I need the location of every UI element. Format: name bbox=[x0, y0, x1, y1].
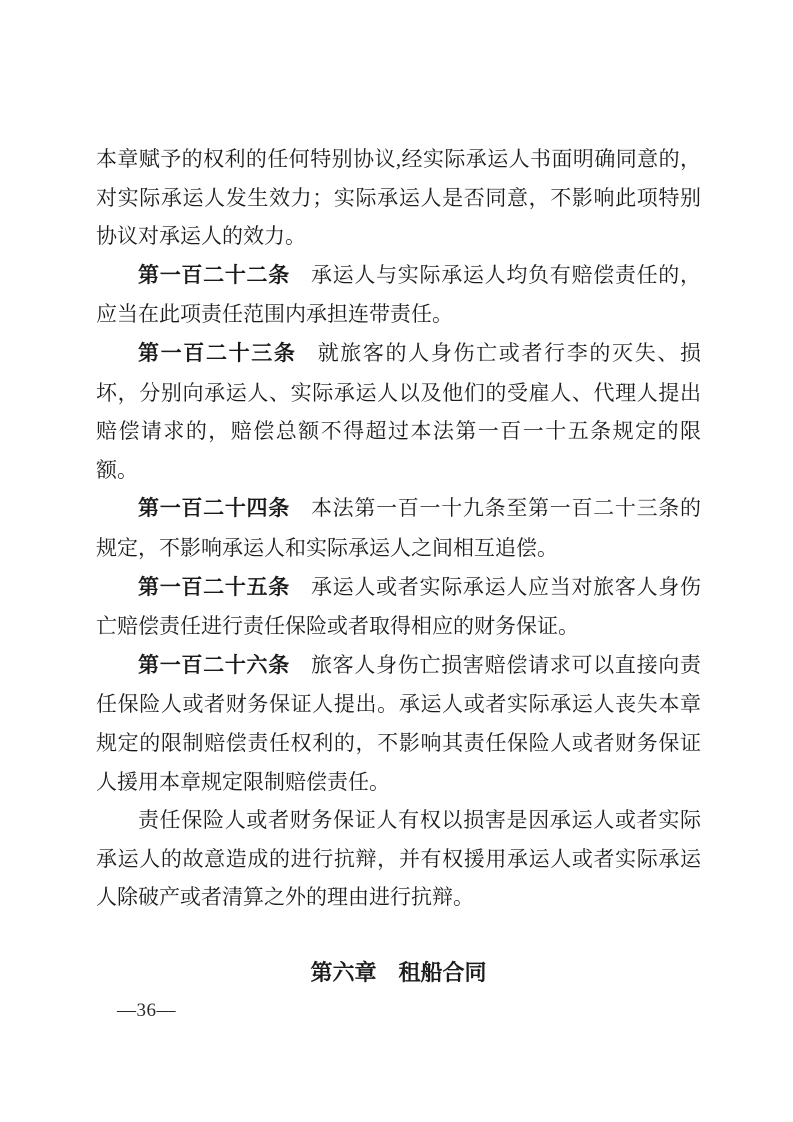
text-block: 本章赋予的权利的任何特别协议,经实际承运人书面明确同意的，对实际承运人发生效力；… bbox=[96, 140, 701, 992]
chapter-heading: 第六章 租船合同 bbox=[96, 954, 701, 993]
paragraph-article-125: 第一百二十五条承运人或者实际承运人应当对旅客人身伤亡赔偿责任进行责任保险或者取得… bbox=[96, 568, 701, 646]
paragraph-article-126: 第一百二十六条旅客人身伤亡损害赔偿请求可以直接向责任保险人或者财务保证人提出。承… bbox=[96, 646, 701, 801]
paragraph: 责任保险人或者财务保证人有权以损害是因承运人或者实际承运人的故意造成的进行抗辩，… bbox=[96, 801, 701, 917]
page-number: —36— bbox=[117, 1000, 176, 1022]
paragraph-text: 责任保险人或者财务保证人有权以损害是因承运人或者实际承运人的故意造成的进行抗辩，… bbox=[96, 808, 701, 909]
article-number: 第一百二十五条 bbox=[138, 576, 290, 599]
paragraph-article-123: 第一百二十三条就旅客的人身伤亡或者行李的灭失、损坏，分别向承运人、实际承运人以及… bbox=[96, 334, 701, 489]
article-number: 第一百二十二条 bbox=[138, 264, 290, 287]
article-number: 第一百二十六条 bbox=[138, 654, 290, 677]
paragraph-article-124: 第一百二十四条本法第一百一十九条至第一百二十三条的规定，不影响承运人和实际承运人… bbox=[96, 489, 701, 567]
document-page: 本章赋予的权利的任何特别协议,经实际承运人书面明确同意的，对实际承运人发生效力；… bbox=[0, 0, 793, 1122]
article-number: 第一百二十四条 bbox=[138, 497, 290, 520]
paragraph: 本章赋予的权利的任何特别协议,经实际承运人书面明确同意的，对实际承运人发生效力；… bbox=[96, 140, 701, 256]
paragraph-article-122: 第一百二十二条承运人与实际承运人均负有赔偿责任的，应当在此项责任范围内承担连带责… bbox=[96, 256, 701, 334]
paragraph-text: 本章赋予的权利的任何特别协议,经实际承运人书面明确同意的，对实际承运人发生效力；… bbox=[96, 147, 701, 248]
article-number: 第一百二十三条 bbox=[138, 342, 297, 365]
